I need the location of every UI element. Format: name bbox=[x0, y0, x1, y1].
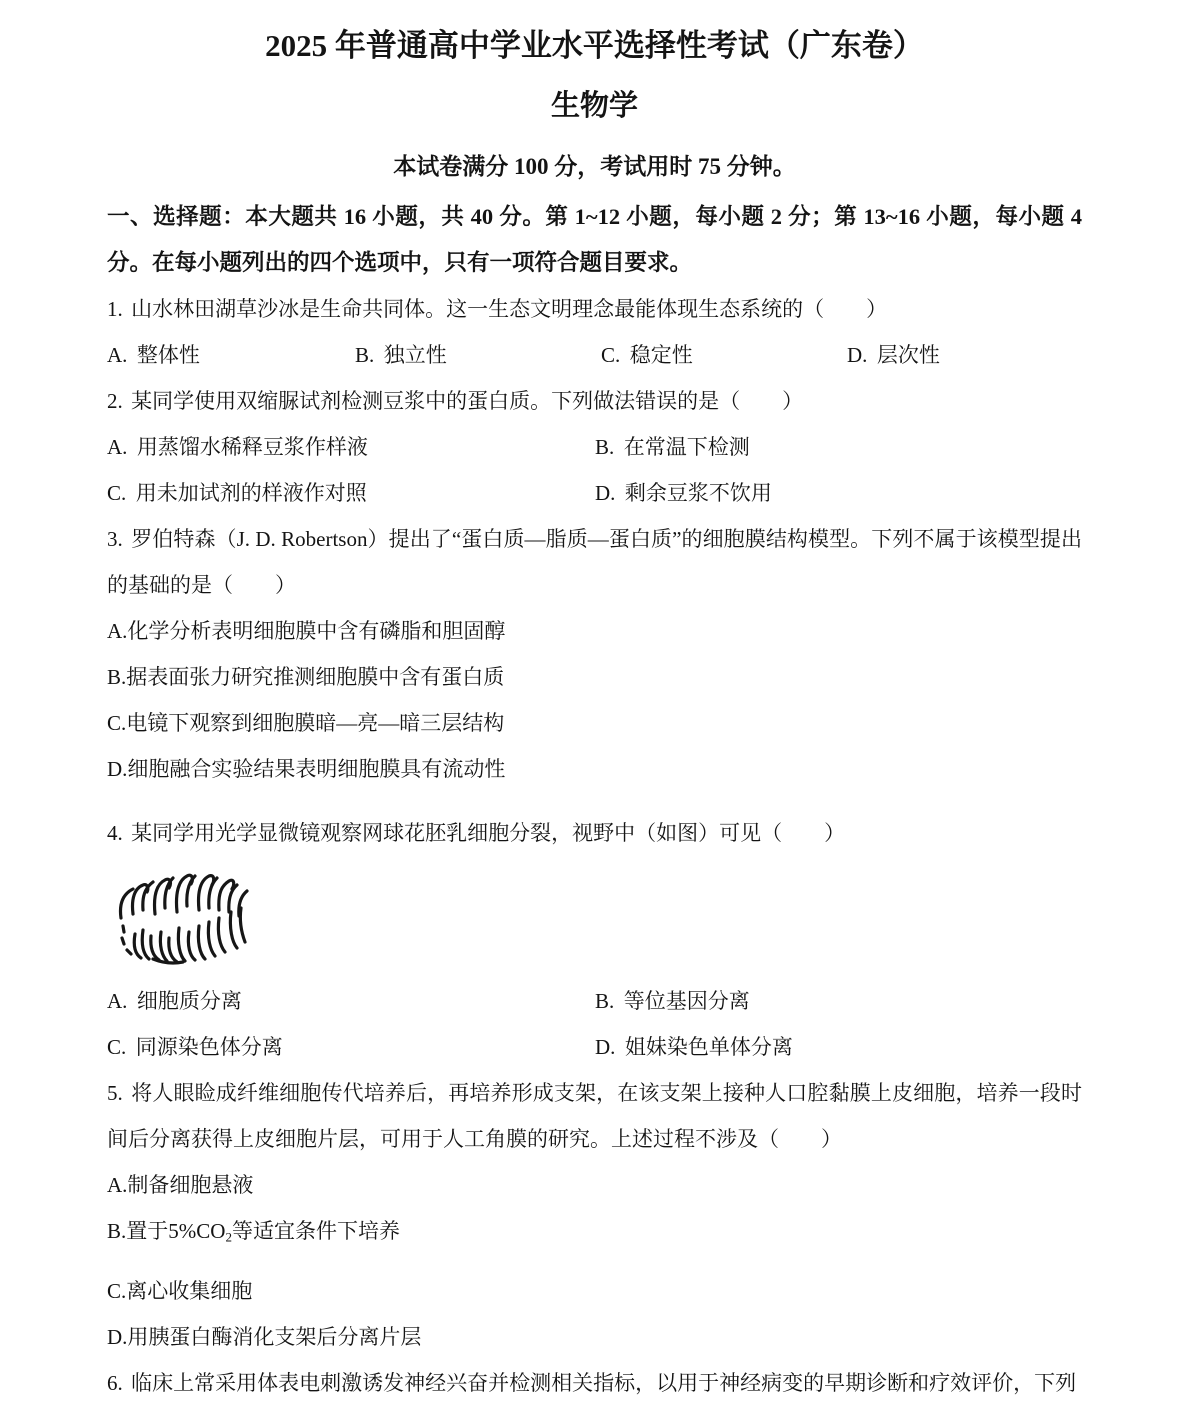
question-2-options-row-2: C.用未加试剂的样液作对照 D.剩余豆浆不饮用 bbox=[107, 470, 1082, 516]
option-text-post: 等适宜条件下培养 bbox=[232, 1219, 400, 1243]
question-text: 某同学用光学显微镜观察网球花胚乳细胞分裂，视野中（如图）可见（ ） bbox=[131, 821, 845, 845]
question-text: 将人眼睑成纤维细胞传代培养后，再培养形成支架，在该支架上接种人口腔黏膜上皮细胞，… bbox=[107, 1081, 1082, 1151]
option-c: C.用未加试剂的样液作对照 bbox=[107, 470, 595, 516]
option-text: 稳定性 bbox=[630, 343, 693, 367]
question-3-stem: 3.罗伯特森（J. D. Robertson）提出了“蛋白质—脂质—蛋白质”的细… bbox=[107, 516, 1082, 608]
option-text-pre: 置于5%CO bbox=[126, 1219, 225, 1243]
option-text: 据表面张力研究推测细胞膜中含有蛋白质 bbox=[126, 665, 504, 689]
option-a: A.化学分析表明细胞膜中含有磷脂和胆固醇 bbox=[107, 608, 1082, 654]
option-label: A. bbox=[107, 989, 127, 1013]
question-1-options: A.整体性 B.独立性 C.稳定性 D.层次性 bbox=[107, 332, 1082, 378]
question-number: 3. bbox=[107, 527, 123, 551]
section-header: 一、选择题：本大题共 16 小题，共 40 分。第 1~12 小题，每小题 2 … bbox=[107, 194, 1082, 286]
option-text: 姐妹染色单体分离 bbox=[625, 1035, 793, 1059]
question-4-stem: 4.某同学用光学显微镜观察网球花胚乳细胞分裂，视野中（如图）可见（ ） bbox=[107, 810, 1082, 856]
option-text: 同源染色体分离 bbox=[136, 1035, 283, 1059]
question-number: 5. bbox=[107, 1081, 123, 1105]
option-a: A.制备细胞悬液 bbox=[107, 1162, 1082, 1208]
option-label: A. bbox=[107, 1173, 127, 1197]
option-c: C.同源染色体分离 bbox=[107, 1024, 595, 1070]
option-label: D. bbox=[107, 1325, 127, 1349]
option-label: D. bbox=[107, 757, 127, 781]
question-5-stem: 5.将人眼睑成纤维细胞传代培养后，再培养形成支架，在该支架上接种人口腔黏膜上皮细… bbox=[107, 1070, 1082, 1162]
option-d: D.姐妹染色单体分离 bbox=[595, 1024, 1082, 1070]
option-label: A. bbox=[107, 343, 127, 367]
question-2-stem: 2.某同学使用双缩脲试剂检测豆浆中的蛋白质。下列做法错误的是（ ） bbox=[107, 378, 1082, 424]
question-text: 临床上常采用体表电刺激诱发神经兴奋并检测相关指标，以用于神经病变的早期诊断和疗效… bbox=[131, 1371, 1076, 1395]
option-d: D.层次性 bbox=[847, 332, 1082, 378]
exam-info: 本试卷满分 100 分，考试用时 75 分钟。 bbox=[107, 150, 1082, 184]
question-2-options-row-1: A.用蒸馏水稀释豆浆作样液 B.在常温下检测 bbox=[107, 424, 1082, 470]
option-text: 独立性 bbox=[384, 343, 447, 367]
question-text: 罗伯特森（J. D. Robertson）提出了“蛋白质—脂质—蛋白质”的细胞膜… bbox=[107, 527, 1082, 597]
question-3: 3.罗伯特森（J. D. Robertson）提出了“蛋白质—脂质—蛋白质”的细… bbox=[107, 516, 1082, 792]
option-text: 制备细胞悬液 bbox=[127, 1173, 253, 1197]
question-6-stem: 6.临床上常采用体表电刺激诱发神经兴奋并检测相关指标，以用于神经病变的早期诊断和… bbox=[107, 1360, 1082, 1406]
question-1-stem: 1.山水林田湖草沙冰是生命共同体。这一生态文明理念最能体现生态系统的（ ） bbox=[107, 286, 1082, 332]
question-5: 5.将人眼睑成纤维细胞传代培养后，再培养形成支架，在该支架上接种人口腔黏膜上皮细… bbox=[107, 1070, 1082, 1360]
option-a: A.用蒸馏水稀释豆浆作样液 bbox=[107, 424, 595, 470]
option-label: B. bbox=[107, 665, 126, 689]
question-2: 2.某同学使用双缩脲试剂检测豆浆中的蛋白质。下列做法错误的是（ ） A.用蒸馏水… bbox=[107, 378, 1082, 516]
question-number: 1. bbox=[107, 297, 123, 321]
option-b: B.在常温下检测 bbox=[595, 424, 1082, 470]
page-title: 2025 年普通高中学业水平选择性考试（广东卷） bbox=[107, 24, 1082, 68]
option-c: C.稳定性 bbox=[601, 332, 847, 378]
question-number: 4. bbox=[107, 821, 123, 845]
option-a: A.细胞质分离 bbox=[107, 978, 595, 1024]
question-4-options-row-2: C.同源染色体分离 D.姐妹染色单体分离 bbox=[107, 1024, 1082, 1070]
option-b: B.置于5%CO2等适宜条件下培养 bbox=[107, 1208, 1082, 1254]
question-4: 4.某同学用光学显微镜观察网球花胚乳细胞分裂，视野中（如图）可见（ ） bbox=[107, 810, 1082, 1070]
option-text: 等位基因分离 bbox=[624, 989, 750, 1013]
option-d: D.剩余豆浆不饮用 bbox=[595, 470, 1082, 516]
option-d: D.细胞融合实验结果表明细胞膜具有流动性 bbox=[107, 746, 1082, 792]
option-b: B.独立性 bbox=[355, 332, 601, 378]
option-label: A. bbox=[107, 435, 127, 459]
option-label: D. bbox=[595, 481, 615, 505]
option-label: B. bbox=[595, 435, 614, 459]
option-b: B.等位基因分离 bbox=[595, 978, 1082, 1024]
option-label: B. bbox=[595, 989, 614, 1013]
option-text: 电镜下观察到细胞膜暗—亮—暗三层结构 bbox=[126, 711, 504, 735]
option-label: D. bbox=[847, 343, 867, 367]
option-a: A.整体性 bbox=[107, 332, 355, 378]
exam-paper-page: 2025 年普通高中学业水平选择性考试（广东卷） 生物学 本试卷满分 100 分… bbox=[0, 0, 1189, 1406]
option-c: C.离心收集细胞 bbox=[107, 1268, 1082, 1314]
question-text: 山水林田湖草沙冰是生命共同体。这一生态文明理念最能体现生态系统的（ ） bbox=[131, 297, 887, 321]
subject-title: 生物学 bbox=[107, 86, 1082, 126]
option-label: A. bbox=[107, 619, 127, 643]
option-text: 层次性 bbox=[877, 343, 940, 367]
option-label: C. bbox=[107, 711, 126, 735]
option-text: 剩余豆浆不饮用 bbox=[625, 481, 772, 505]
option-text: 细胞融合实验结果表明细胞膜具有流动性 bbox=[127, 757, 505, 781]
option-label: B. bbox=[355, 343, 374, 367]
option-c: C.电镜下观察到细胞膜暗—亮—暗三层结构 bbox=[107, 700, 1082, 746]
option-b: B.据表面张力研究推测细胞膜中含有蛋白质 bbox=[107, 654, 1082, 700]
option-label: C. bbox=[107, 481, 126, 505]
anaphase-cell-drawing-icon bbox=[107, 864, 257, 968]
option-label: C. bbox=[107, 1035, 126, 1059]
option-text: 整体性 bbox=[137, 343, 200, 367]
question-text: 某同学使用双缩脲试剂检测豆浆中的蛋白质。下列做法错误的是（ ） bbox=[131, 389, 803, 413]
option-label: C. bbox=[107, 1279, 126, 1303]
option-text: 离心收集细胞 bbox=[126, 1279, 252, 1303]
question-1: 1.山水林田湖草沙冰是生命共同体。这一生态文明理念最能体现生态系统的（ ） A.… bbox=[107, 286, 1082, 378]
option-text: 细胞质分离 bbox=[137, 989, 242, 1013]
option-text: 化学分析表明细胞膜中含有磷脂和胆固醇 bbox=[127, 619, 505, 643]
option-text: 用胰蛋白酶消化支架后分离片层 bbox=[127, 1325, 421, 1349]
option-label: B. bbox=[107, 1219, 126, 1243]
option-d: D.用胰蛋白酶消化支架后分离片层 bbox=[107, 1314, 1082, 1360]
question-4-options-row-1: A.细胞质分离 B.等位基因分离 bbox=[107, 978, 1082, 1024]
option-label: D. bbox=[595, 1035, 615, 1059]
question-4-figure bbox=[107, 864, 1082, 968]
option-text: 在常温下检测 bbox=[624, 435, 750, 459]
question-6: 6.临床上常采用体表电刺激诱发神经兴奋并检测相关指标，以用于神经病变的早期诊断和… bbox=[107, 1360, 1082, 1406]
question-number: 2. bbox=[107, 389, 123, 413]
question-number: 6. bbox=[107, 1371, 123, 1395]
option-text: 用蒸馏水稀释豆浆作样液 bbox=[137, 435, 368, 459]
option-text: 用未加试剂的样液作对照 bbox=[136, 481, 367, 505]
option-label: C. bbox=[601, 343, 620, 367]
